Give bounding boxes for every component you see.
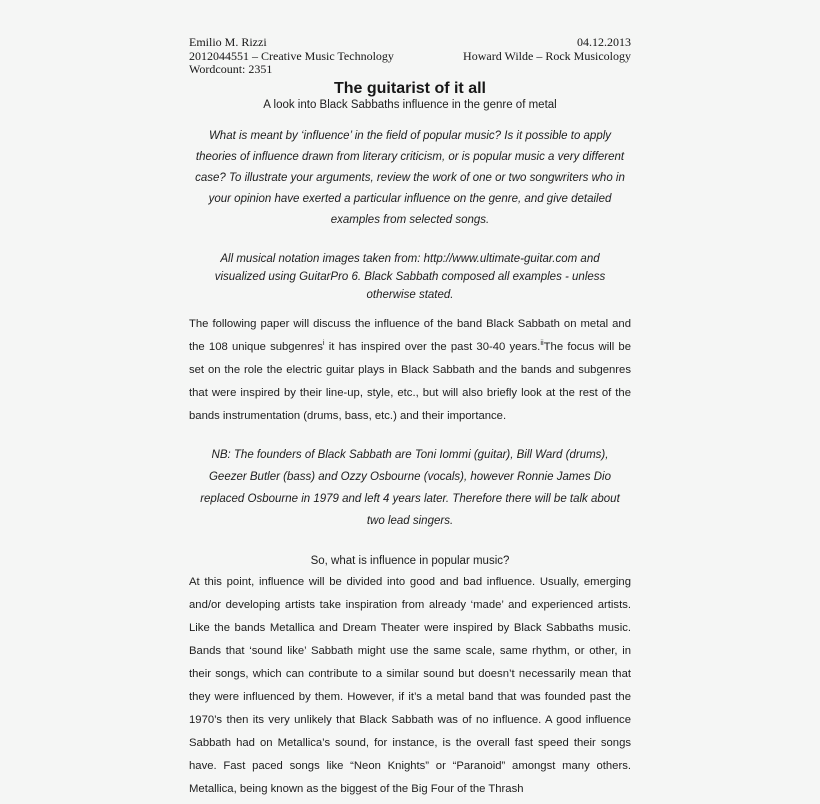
section-heading: So, what is influence in popular music? [189,554,631,568]
intro-paragraph: The following paper will discuss the inf… [189,313,631,428]
document-date: 04.12.2013 [577,36,631,50]
page-content: Emilio M. Rizzi 04.12.2013 2012044551 – … [189,0,631,801]
notation-note: All musical notation images taken from: … [189,250,631,304]
intro-text-2: it has inspired over the past 30-40 year… [325,341,541,353]
header-row-3: Wordcount: 2351 [189,63,631,77]
header-row-2: 2012044551 – Creative Music Technology H… [189,50,631,64]
wordcount: Wordcount: 2351 [189,63,272,77]
body-paragraph: At this point, influence will be divided… [189,571,631,801]
header-row-1: Emilio M. Rizzi 04.12.2013 [189,36,631,50]
instructor-name: Howard Wilde – Rock Musicology [463,50,631,64]
course-id: 2012044551 – Creative Music Technology [189,50,394,64]
nb-note: NB: The founders of Black Sabbath are To… [189,444,631,532]
page-title: The guitarist of it all [189,80,631,97]
page-subtitle: A look into Black Sabbaths influence in … [189,99,631,112]
header-meta-block: Emilio M. Rizzi 04.12.2013 2012044551 – … [189,36,631,77]
author-name: Emilio M. Rizzi [189,36,267,50]
document-page: Emilio M. Rizzi 04.12.2013 2012044551 – … [0,0,820,804]
assignment-prompt: What is meant by ‘influence’ in the fiel… [189,126,631,231]
